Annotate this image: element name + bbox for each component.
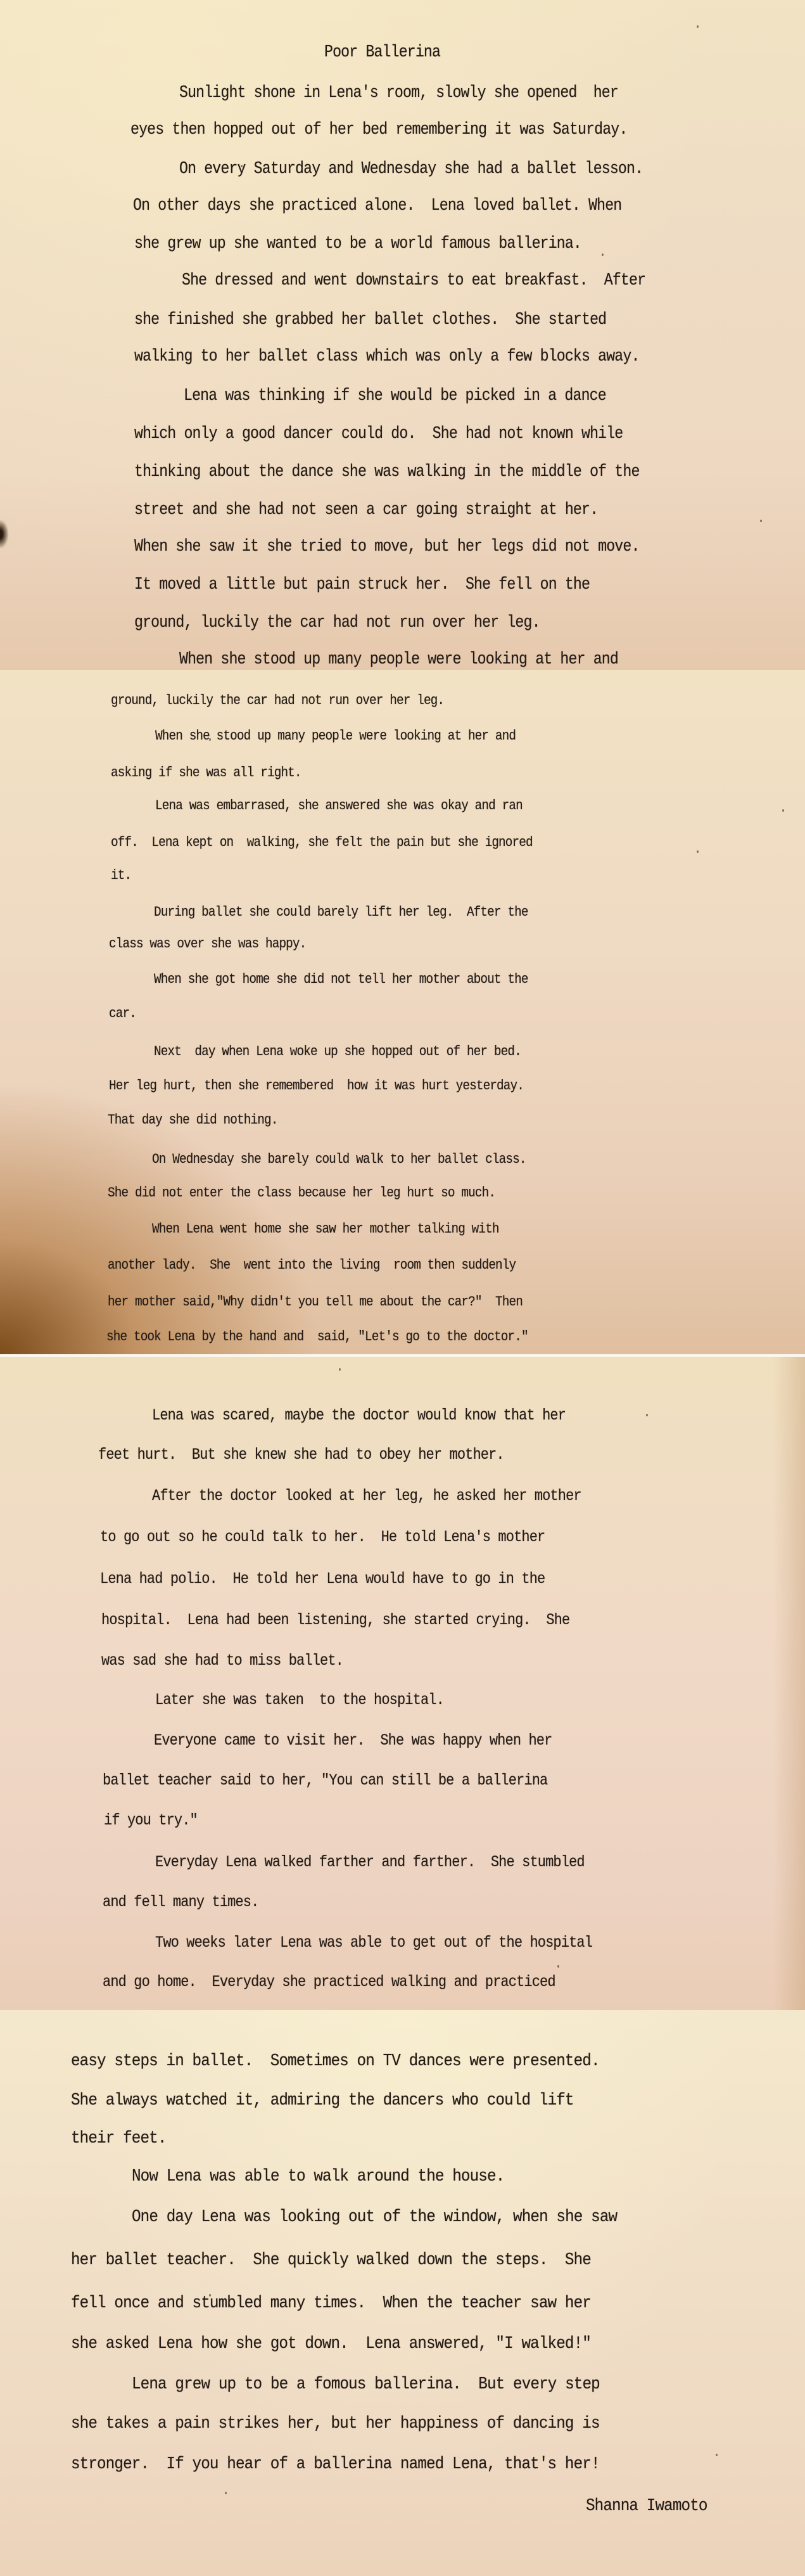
text-line: When she stood up many people were looki… [155,728,516,744]
text-line: street and she had not seen a car going … [134,501,598,520]
text-line: Her leg hurt, then she remembered how it… [109,1078,524,1094]
text-line: After the doctor looked at her leg, he a… [152,1487,581,1505]
text-line: stronger. If you hear of a ballerina nam… [71,2455,600,2474]
page-photo-3: Lena was scared, maybe the doctor would … [0,1357,805,2010]
text-line: ballet teacher said to her, "You can sti… [103,1771,547,1790]
text-line: their feet. [71,2129,167,2148]
paper-speck [209,2294,211,2297]
text-line: Now Lena was able to walk around the hou… [132,2167,504,2186]
paper-speck [697,25,699,28]
text-line: she asked Lena how she got down. Lena an… [71,2335,591,2354]
text-line: Sunlight shone in Lena's room, slowly sh… [179,84,618,103]
paper-speck [557,1965,559,1968]
text-line: and fell many times. [103,1893,258,1911]
text-line: hospital. Lena had been listening, she s… [101,1611,569,1629]
page-photo-2: ground, luckily the car had not run over… [0,670,805,1354]
text-line: She always watched it, admiring the danc… [71,2091,574,2110]
paper-speck [225,2492,227,2494]
paper-speck [241,165,243,167]
text-line: ground, luckily the car had not run over… [134,613,540,632]
paper-speck [697,850,699,853]
text-line: She dressed and went downstairs to eat b… [182,271,645,290]
paper-speck [760,520,762,522]
punch-hole [0,520,9,549]
paper-speck [602,253,604,256]
text-line: asking if she was all right. [111,765,301,781]
text-line: It moved a little but pain struck her. S… [134,575,590,594]
page-photo-4: easy steps in ballet. Sometimes on TV da… [0,2010,805,2576]
text-line: eyes then hopped out of her bed remember… [130,120,627,139]
paper-speck [646,1414,648,1416]
page-photo-1: Poor BallerinaSunlight shone in Lena's r… [0,0,805,670]
text-line: walking to her ballet class which was on… [134,347,640,366]
text-line: if you try." [104,1811,198,1829]
text-line: That day she did nothing. [108,1112,277,1128]
text-line: she finished she grabbed her ballet clot… [134,311,606,330]
text-line: to go out so he could talk to her. He to… [100,1528,545,1546]
text-line: Next day when Lena woke up she hopped ou… [154,1044,521,1060]
text-line: On Wednesday she barely could walk to he… [152,1151,526,1167]
text-line: it. [111,868,131,883]
text-line: On every Saturday and Wednesday she had … [179,160,643,179]
text-line: One day Lena was looking out of the wind… [132,2208,617,2227]
text-line: Lena was embarrased, she answered she wa… [155,798,523,814]
text-line: she grew up she wanted to be a world fam… [134,234,581,253]
text-line: her mother said,"Why didn't you tell me … [108,1294,523,1310]
text-line: Everyday Lena walked farther and farther… [155,1853,585,1871]
text-line: off. Lena kept on walking, she felt the … [111,835,533,850]
text-line: Later she was taken to the hospital. [155,1691,444,1709]
text-line: On other days she practiced alone. Lena … [133,196,621,215]
text-line: Lena had polio. He told her Lena would h… [100,1570,545,1588]
text-line: ground, luckily the car had not run over… [111,693,444,708]
text-line: which only a good dancer could do. She h… [134,425,623,444]
text-line: Lena was thinking if she would be picked… [184,387,606,406]
text-line: When she got home she did not tell her m… [154,971,528,987]
story-title: Poor Ballerina [324,43,440,62]
text-line: feet hurt. But she knew she had to obey … [98,1445,504,1464]
text-line: easy steps in ballet. Sometimes on TV da… [71,2052,600,2071]
text-line: car. [109,1006,136,1022]
text-line: class was over she was happy. [109,936,306,952]
text-line: she took Lena by the hand and said, "Let… [106,1329,528,1345]
text-line: Two weeks later Lena was able to get out… [155,1933,592,1952]
text-line: When Lena went home she saw her mother t… [152,1221,499,1237]
text-line: When she stood up many people were looki… [179,650,618,669]
text-line: Everyone came to visit her. She was happ… [154,1731,552,1750]
paper-speck [716,2454,718,2456]
text-line: she takes a pain strikes her, but her ha… [71,2414,600,2433]
text-line: was sad she had to miss ballet. [101,1651,343,1670]
text-line: When she saw it she tried to move, but h… [134,537,640,556]
author-signature: Shanna Iwamoto [586,2497,707,2516]
text-line: During ballet she could barely lift her … [154,904,528,920]
text-line: fell once and stumbled many times. When … [71,2294,591,2313]
paper-speck [339,1368,341,1371]
text-line: Lena grew up to be a fomous ballerina. B… [132,2375,600,2394]
text-line: She did not enter the class because her … [108,1185,495,1201]
text-line: and go home. Everyday she practiced walk… [103,1973,555,1991]
text-line: thinking about the dance she was walking… [134,463,640,482]
paper-speck [209,738,211,741]
text-line: another lady. She went into the living r… [108,1257,516,1273]
text-line: her ballet teacher. She quickly walked d… [71,2251,591,2270]
text-line: Lena was scared, maybe the doctor would … [152,1406,566,1425]
paper-speck [782,809,784,812]
